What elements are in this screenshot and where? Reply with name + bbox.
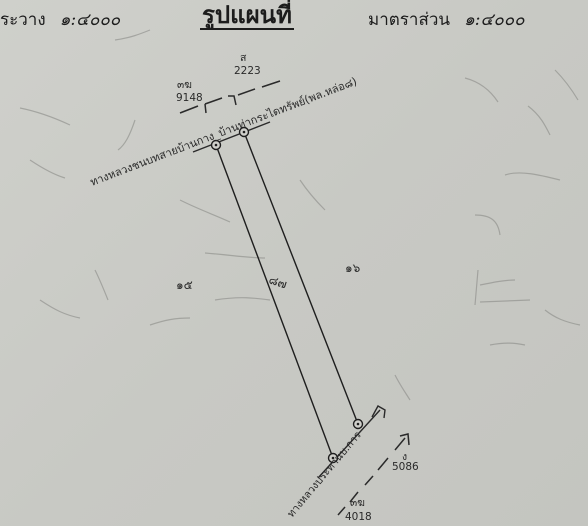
parcel-bottom-right-line2: 5086 (392, 461, 419, 473)
top-road-label: ทางหลวงชนบทสายบ้านกาง_บ้านท่ากระไดทรัพย์… (88, 75, 358, 189)
parcel-top-right-line1: ส (240, 52, 247, 64)
east-parcel-number: ๑๖ (345, 261, 360, 275)
parcel-top-right-line2: 2223 (234, 65, 261, 77)
parcel-bottom-left-line1: ๓ฆ (350, 497, 365, 509)
boundary-markers (212, 128, 363, 463)
parcel-bottom-left-line2: 4018 (345, 511, 372, 523)
parcel-east-boundary (244, 132, 358, 424)
map-drawing: ทางหลวงชนบทสายบ้านกาง_บ้านท่ากระไดทรัพย์… (0, 0, 588, 526)
parcel-labels: ๓ฆ 9148 ส 2223 ๘๗ ๑๕ ๑๖ ง 5086 ๓ฆ 4018 (176, 52, 419, 523)
parcel-top-left-line1: ๓ฆ (177, 79, 192, 91)
west-parcel-number: ๑๕ (176, 278, 193, 292)
parcel-top-left-line2: 9148 (176, 92, 203, 104)
parcel-west-boundary (216, 145, 333, 458)
paper-marks (20, 30, 580, 400)
land-map-document: ระวาง๑:๔๐๐๐ รูปแผนที่ มาตราส่วน๑:๔๐๐๐ (0, 0, 588, 526)
